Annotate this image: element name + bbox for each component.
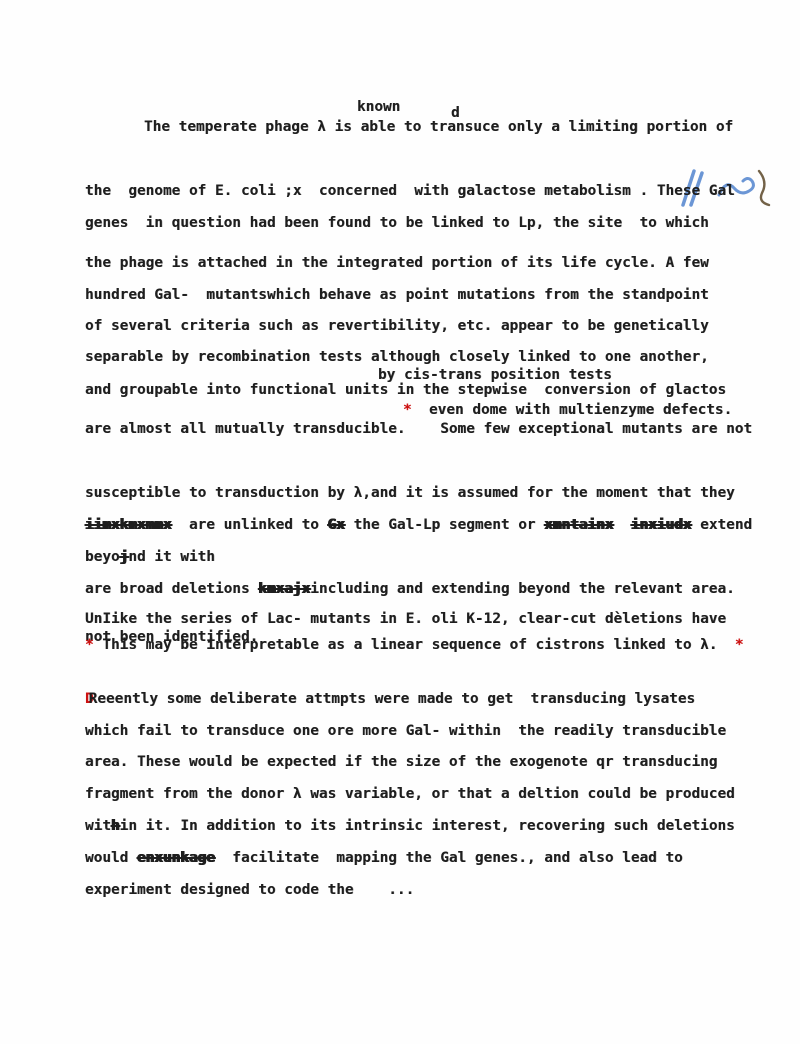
typed-text: UnIike the series of Lac- mutants in E. …: [85, 611, 726, 627]
typed-line: the genome of E. coli ;x concerned with …: [85, 183, 735, 200]
typed-line: and groupable into functional units in t…: [85, 382, 726, 399]
typed-overstrike-text: kmxajx: [258, 581, 310, 597]
typed-line: known: [357, 99, 400, 116]
red-asterisk-mark: *: [735, 637, 744, 653]
typed-text: separable by recombination tests althoug…: [85, 349, 709, 365]
typed-text: beyo: [85, 549, 120, 565]
typed-overstrike-text: xmntainx: [544, 517, 613, 533]
typed-line: of several criteria such as revertibilit…: [85, 318, 709, 335]
typed-text: wit: [85, 818, 111, 834]
typed-line: susceptible to transduction by λ,and it …: [85, 485, 735, 502]
typed-text: including and extending beyond the relev…: [310, 581, 735, 597]
typed-overstrike-text: inxiudx: [631, 517, 692, 533]
typed-line: * even dome with multienzyme defects.: [403, 402, 732, 419]
typed-text: are almost all mutually transducible. So…: [85, 421, 752, 437]
typed-text: Reeently some deliberate attmpts were ma…: [89, 691, 695, 707]
typed-line: iimxkmxmmx are unlinked to Gx the Gal-Lp…: [85, 517, 752, 534]
typed-text: This may be interpretable as a linear se…: [94, 637, 735, 653]
typed-text: known: [357, 99, 400, 115]
typed-line: beyojnd it with: [85, 549, 215, 566]
typed-text: area. These would be expected if the siz…: [85, 754, 717, 770]
manuscript-scan: knowndThe temperate phage λ is able to t…: [0, 0, 800, 1044]
typed-text: facilitate mapping the Gal genes., and a…: [215, 850, 683, 866]
typed-overstrike-text: Gx: [328, 517, 345, 533]
typed-text: nd it with: [128, 549, 215, 565]
typed-text: extend: [692, 517, 753, 533]
red-asterisk-mark: *: [403, 402, 412, 418]
typed-line: separable by recombination tests althoug…: [85, 349, 709, 366]
typed-line: experiment designed to code the ...: [85, 882, 414, 899]
typed-text: by cis-trans position tests: [378, 367, 612, 383]
typed-line: genes in question had been found to be l…: [85, 215, 709, 232]
typed-text: experiment designed to code the ...: [85, 882, 414, 898]
typed-text: the phage is attached in the integrated …: [85, 255, 709, 271]
typed-overstrike-text: h: [111, 818, 120, 834]
typed-text: of several criteria such as revertibilit…: [85, 318, 709, 334]
typed-line: which fail to transduce one ore more Gal…: [85, 723, 726, 740]
typed-overstrike-text: enxunkage: [137, 850, 215, 866]
typed-line: area. These would be expected if the siz…: [85, 754, 717, 771]
typed-line: The temperate phage λ is able to transuc…: [144, 119, 733, 136]
typed-line: are almost all mutually transducible. So…: [85, 421, 752, 438]
typed-line: DReeently some deliberate attmpts were m…: [85, 691, 695, 708]
typed-text: the Gal-Lp segment or: [345, 517, 544, 533]
typed-line: * This may be interpretable as a linear …: [85, 637, 743, 654]
typed-line: would enxunkage facilitate mapping the G…: [85, 850, 683, 867]
typed-text: susceptible to transduction by λ,and it …: [85, 485, 735, 501]
typed-line: the phage is attached in the integrated …: [85, 255, 709, 272]
typed-text: and groupable into functional units in t…: [85, 382, 726, 398]
typed-line: fragment from the donor λ was variable, …: [85, 786, 735, 803]
typed-text: in it. In addition to its intrinsic inte…: [120, 818, 735, 834]
typed-text: are unlinked to: [172, 517, 328, 533]
typed-text: which fail to transduce one ore more Gal…: [85, 723, 726, 739]
typed-line: hundred Gal- mutantswhich behave as poin…: [85, 287, 709, 304]
typed-text: The temperate phage λ is able to transuc…: [144, 119, 733, 135]
pen-flourish-icon: [759, 171, 769, 205]
typed-text: [614, 517, 631, 533]
typed-text: even dome with multienzyme defects.: [412, 402, 733, 418]
typed-text: genes in question had been found to be l…: [85, 215, 709, 231]
typed-line: within it. In addition to its intrinsic …: [85, 818, 735, 835]
typed-line: UnIike the series of Lac- mutants in E. …: [85, 611, 726, 628]
typed-text: are broad deletions: [85, 581, 258, 597]
red-asterisk-mark: *: [85, 637, 94, 653]
typed-overstrike-text: iimxkmxmmx: [85, 517, 172, 533]
typed-text: would: [85, 850, 137, 866]
typed-line: are broad deletions kmxajxincluding and …: [85, 581, 735, 598]
typed-text: fragment from the donor λ was variable, …: [85, 786, 735, 802]
typed-text: hundred Gal- mutantswhich behave as poin…: [85, 287, 709, 303]
typed-text: the genome of E. coli ;x concerned with …: [85, 183, 735, 199]
